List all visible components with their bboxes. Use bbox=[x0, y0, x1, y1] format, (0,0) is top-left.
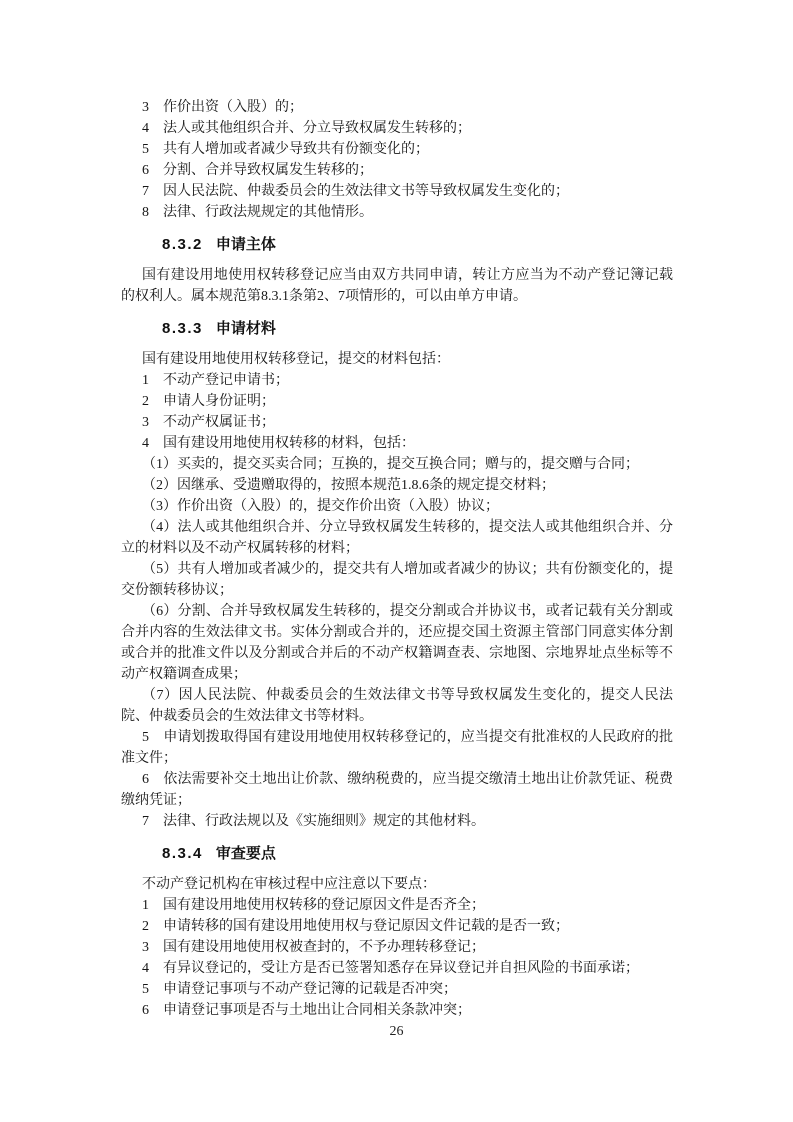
paragraph: 6 分割、合并导致权属发生转移的； bbox=[121, 160, 673, 181]
paragraph: （1）买卖的，提交买卖合同；互换的，提交互换合同；赠与的，提交赠与合同； bbox=[121, 454, 673, 475]
paragraph: 4 国有建设用地使用权转移的材料，包括： bbox=[121, 433, 673, 454]
paragraph: 3 国有建设用地使用权被查封的，不予办理转移登记； bbox=[121, 937, 673, 958]
heading-title: 申请材料 bbox=[216, 320, 276, 337]
paragraph: 5 申请划拨取得国有建设用地使用权转移登记的，应当提交有批准权的人民政府的批准文… bbox=[121, 727, 673, 769]
heading-number: 8.3.4 bbox=[162, 845, 203, 862]
paragraph: 4 法人或其他组织合并、分立导致权属发生转移的； bbox=[121, 118, 673, 139]
paragraph: （4）法人或其他组织合并、分立导致权属发生转移的，提交法人或其他组织合并、分立的… bbox=[121, 517, 673, 559]
paragraph: 5 申请登记事项与不动产登记簿的记载是否冲突； bbox=[121, 979, 673, 1000]
heading-title: 审查要点 bbox=[216, 845, 276, 862]
paragraph: 6 申请登记事项是否与土地出让合同相关条款冲突； bbox=[121, 1000, 673, 1021]
document-content: 3 作价出资（入股）的；4 法人或其他组织合并、分立导致权属发生转移的；5 共有… bbox=[121, 97, 673, 1021]
paragraph: （6）分割、合并导致权属发生转移的，提交分割或合并协议书，或者记载有关分割或合并… bbox=[121, 601, 673, 685]
section-heading: 8.3.2申请主体 bbox=[162, 234, 673, 255]
paragraph: 国有建设用地使用权转移登记，提交的材料包括： bbox=[121, 349, 673, 370]
paragraph: 国有建设用地使用权转移登记应当由双方共同申请，转让方应当为不动产登记簿记载的权利… bbox=[121, 265, 673, 307]
page-number: 26 bbox=[0, 1024, 793, 1040]
paragraph: 2 申请转移的国有建设用地使用权与登记原因文件记载的是否一致； bbox=[121, 916, 673, 937]
paragraph: 1 不动产登记申请书； bbox=[121, 370, 673, 391]
paragraph: 4 有异议登记的，受让方是否已签署知悉存在异议登记并自担风险的书面承诺； bbox=[121, 958, 673, 979]
paragraph: 3 不动产权属证书； bbox=[121, 412, 673, 433]
paragraph: 3 作价出资（入股）的； bbox=[121, 97, 673, 118]
paragraph: 6 依法需要补交土地出让价款、缴纳税费的，应当提交缴清土地出让价款凭证、税费缴纳… bbox=[121, 769, 673, 811]
heading-number: 8.3.3 bbox=[162, 320, 203, 337]
heading-number: 8.3.2 bbox=[162, 236, 203, 253]
paragraph: 7 因人民法院、仲裁委员会的生效法律文书等导致权属发生变化的； bbox=[121, 181, 673, 202]
paragraph: （5）共有人增加或者减少的，提交共有人增加或者减少的协议；共有份额变化的，提交份… bbox=[121, 559, 673, 601]
section-heading: 8.3.4审查要点 bbox=[162, 843, 673, 864]
section-heading: 8.3.3申请材料 bbox=[162, 318, 673, 339]
paragraph: （2）因继承、受遗赠取得的，按照本规范1.8.6条的规定提交材料； bbox=[121, 475, 673, 496]
paragraph: （7）因人民法院、仲裁委员会的生效法律文书等导致权属发生变化的，提交人民法院、仲… bbox=[121, 685, 673, 727]
paragraph: 2 申请人身份证明； bbox=[121, 391, 673, 412]
paragraph: 不动产登记机构在审核过程中应注意以下要点： bbox=[121, 874, 673, 895]
heading-title: 申请主体 bbox=[216, 236, 276, 253]
paragraph: 1 国有建设用地使用权转移的登记原因文件是否齐全； bbox=[121, 895, 673, 916]
paragraph: 8 法律、行政法规规定的其他情形。 bbox=[121, 202, 673, 223]
document-page: 3 作价出资（入股）的；4 法人或其他组织合并、分立导致权属发生转移的；5 共有… bbox=[0, 0, 793, 1122]
paragraph: 7 法律、行政法规以及《实施细则》规定的其他材料。 bbox=[121, 811, 673, 832]
paragraph: 5 共有人增加或者减少导致共有份额变化的； bbox=[121, 139, 673, 160]
paragraph: （3）作价出资（入股）的，提交作价出资（入股）协议； bbox=[121, 496, 673, 517]
